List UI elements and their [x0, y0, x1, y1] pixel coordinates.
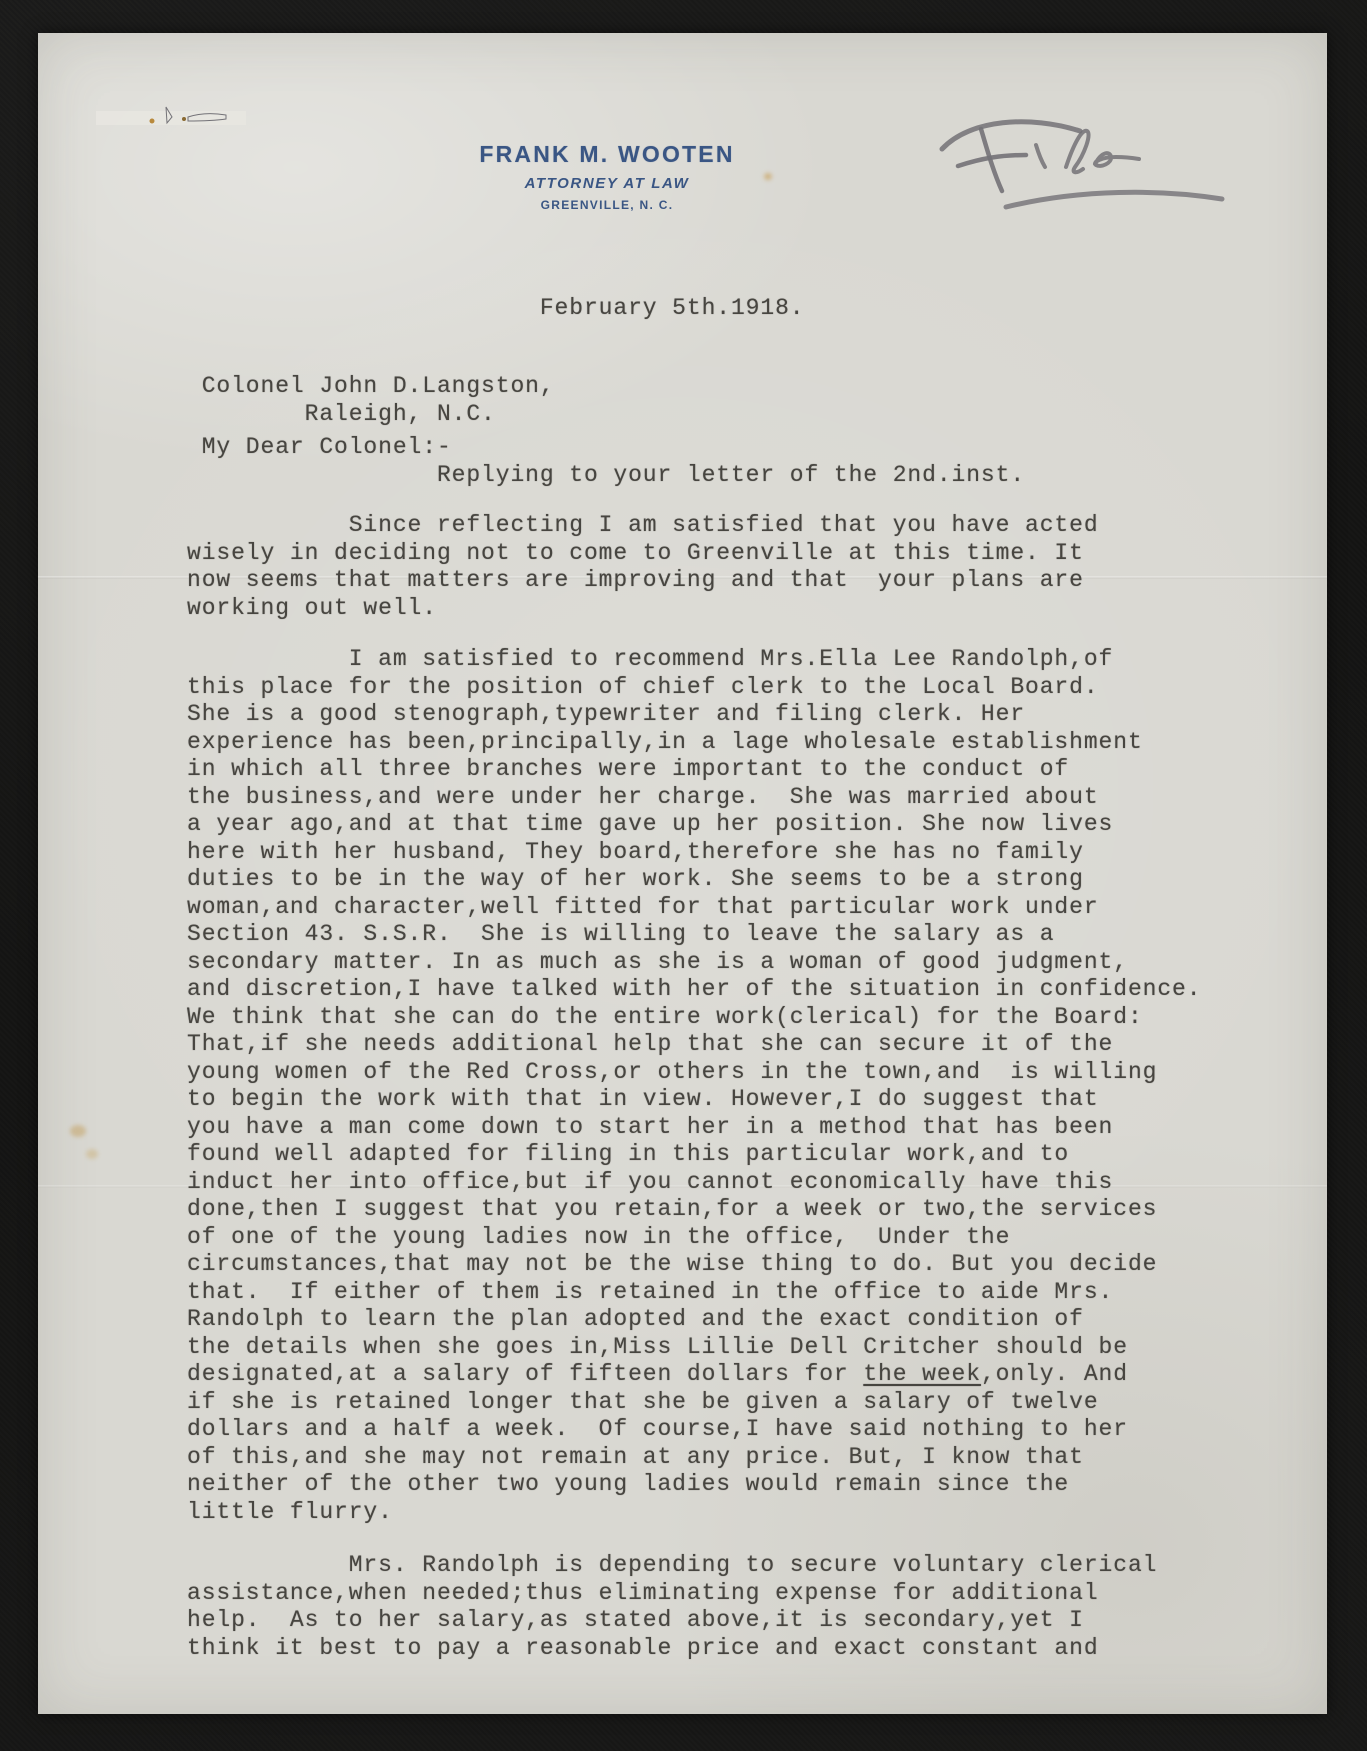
letter-line: working out well.	[187, 595, 1099, 623]
letter-line: assistance,when needed;thus eliminating …	[187, 1580, 1157, 1608]
letter-line: Since reflecting I am satisfied that you…	[187, 512, 1099, 540]
letter-line: that. If either of them is retained in t…	[187, 1279, 1201, 1307]
letter-paper: FRANK M. WOOTEN ATTORNEY AT LAW GREENVIL…	[38, 33, 1327, 1714]
letter-line: and discretion,I have talked with her of…	[187, 976, 1201, 1004]
letter-date: February 5th.1918.	[187, 295, 805, 323]
letter-line: found well adapted for filing in this pa…	[187, 1141, 1201, 1169]
letter-line: Section 43. S.S.R. She is willing to lea…	[187, 921, 1201, 949]
letter-line: designated,at a salary of fifteen dollar…	[187, 1361, 1201, 1389]
scanned-letter-page: FRANK M. WOOTEN ATTORNEY AT LAW GREENVIL…	[0, 0, 1367, 1751]
letter-line: circumstances,that may not be the wise t…	[187, 1251, 1201, 1279]
letter-line: of this,and she may not remain at any pr…	[187, 1444, 1201, 1472]
letter-line: neither of the other two young ladies wo…	[187, 1471, 1201, 1499]
letterhead: FRANK M. WOOTEN ATTORNEY AT LAW GREENVIL…	[427, 141, 787, 212]
letter-line: dollars and a half a week. Of course,I h…	[187, 1416, 1201, 1444]
file-annotation	[830, 85, 1250, 225]
letterhead-name: FRANK M. WOOTEN	[427, 141, 787, 168]
letter-line: this place for the position of chief cle…	[187, 674, 1201, 702]
letter-paragraph-1: Since reflecting I am satisfied that you…	[187, 512, 1099, 622]
recipient-city: Raleigh, N.C.	[187, 401, 555, 429]
opening-line: Replying to your letter of the 2nd.inst.	[187, 462, 1025, 490]
letter-line: now seems that matters are improving and…	[187, 567, 1099, 595]
recipient-address: Colonel John D.Langston, Raleigh, N.C.	[187, 373, 555, 428]
letter-line: if she is retained longer that she be gi…	[187, 1389, 1201, 1417]
letter-line: duties to be in the way of her work. She…	[187, 866, 1201, 894]
letterhead-location: GREENVILLE, N. C.	[427, 198, 787, 212]
letter-line: I am satisfied to recommend Mrs.Ella Lee…	[187, 646, 1201, 674]
recipient-name: Colonel John D.Langston,	[187, 373, 555, 401]
letter-paragraph-3: Mrs. Randolph is depending to secure vol…	[187, 1552, 1157, 1662]
stain-spot-2	[86, 1149, 98, 1159]
letter-line: secondary matter. In as much as she is a…	[187, 949, 1201, 977]
letter-line: think it best to pay a reasonable price …	[187, 1635, 1157, 1663]
letter-line: here with her husband, They board,theref…	[187, 839, 1201, 867]
letter-line: We think that she can do the entire work…	[187, 1004, 1201, 1032]
letter-line: a year ago,and at that time gave up her …	[187, 811, 1201, 839]
letter-line: That,if she needs additional help that s…	[187, 1031, 1201, 1059]
letter-line: Mrs. Randolph is depending to secure vol…	[187, 1552, 1157, 1580]
letter-line: Randolph to learn the plan adopted and t…	[187, 1306, 1201, 1334]
salutation-block: My Dear Colonel:- Replying to your lette…	[187, 434, 1025, 489]
letter-line: woman,and character,well fitted for that…	[187, 894, 1201, 922]
letter-line: help. As to her salary,as stated above,i…	[187, 1607, 1157, 1635]
letterhead-title: ATTORNEY AT LAW	[427, 175, 787, 192]
salutation: My Dear Colonel:-	[187, 434, 1025, 462]
letter-line: young women of the Red Cross,or others i…	[187, 1059, 1201, 1087]
letter-line: little flurry.	[187, 1499, 1201, 1527]
stain-spot-1	[70, 1125, 86, 1137]
letter-line: of one of the young ladies now in the of…	[187, 1224, 1201, 1252]
letter-line: you have a man come down to start her in…	[187, 1114, 1201, 1142]
letter-line: experience has been,principally,in a lag…	[187, 729, 1201, 757]
letter-line: wisely in deciding not to come to Greenv…	[187, 540, 1099, 568]
letter-line: She is a good stenograph,typewriter and …	[187, 701, 1201, 729]
letter-line: done,then I suggest that you retain,for …	[187, 1196, 1201, 1224]
letter-line: in which all three branches were importa…	[187, 756, 1201, 784]
letter-line: to begin the work with that in view. How…	[187, 1086, 1201, 1114]
letter-line: induct her into office,but if you cannot…	[187, 1169, 1201, 1197]
letter-line: the business,and were under her charge. …	[187, 784, 1201, 812]
letter-line: the details when she goes in,Miss Lillie…	[187, 1334, 1201, 1362]
letter-paragraph-2: I am satisfied to recommend Mrs.Ella Lee…	[187, 646, 1201, 1526]
date-line: February 5th.1918.	[187, 295, 805, 323]
paper-tear-mark	[88, 93, 258, 143]
